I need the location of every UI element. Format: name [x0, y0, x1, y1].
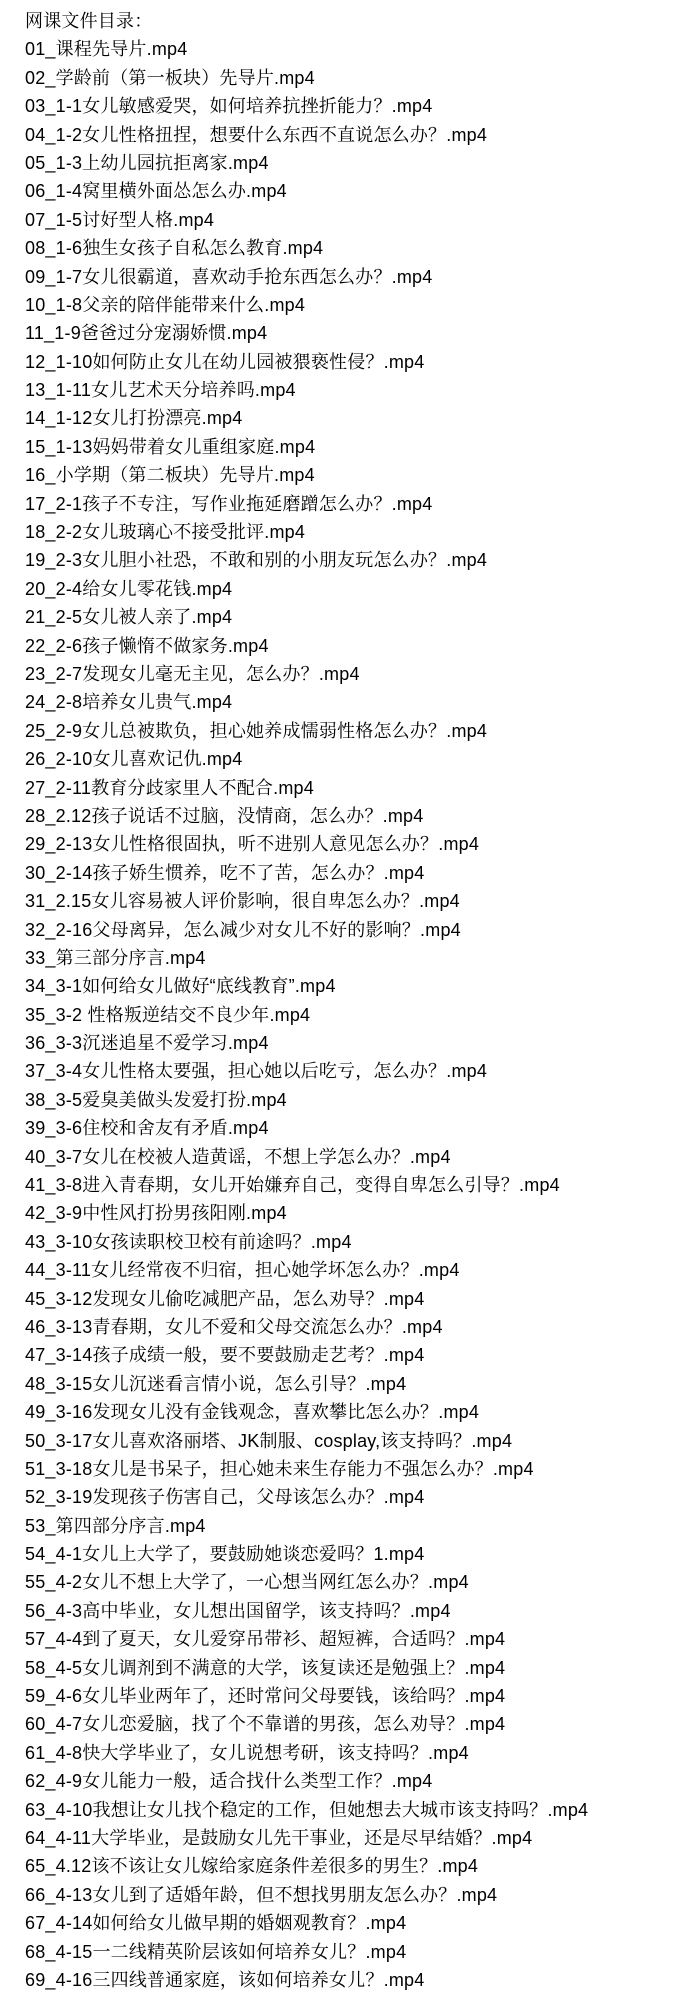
file-list-item: 23_2-7发现女儿毫无主见，怎么办？.mp4: [25, 660, 690, 688]
file-list-item: 20_2-4给女儿零花钱.mp4: [25, 575, 690, 603]
file-list-item: 25_2-9女儿总被欺负，担心她养成懦弱性格怎么办？.mp4: [25, 717, 690, 745]
file-list-item: 09_1-7女儿很霸道，喜欢动手抢东西怎么办？.mp4: [25, 263, 690, 291]
file-list-item: 50_3-17女儿喜欢洛丽塔、JK制服、cosplay,该支持吗？.mp4: [25, 1427, 690, 1455]
file-list-item: 36_3-3沉迷追星不爱学习.mp4: [25, 1029, 690, 1057]
file-list-item: 13_1-11女儿艺术天分培养吗.mp4: [25, 376, 690, 404]
file-list-item: 08_1-6独生女孩子自私怎么教育.mp4: [25, 234, 690, 262]
file-list-item: 04_1-2女儿性格扭捏，想要什么东西不直说怎么办？.mp4: [25, 121, 690, 149]
file-list-item: 55_4-2女儿不想上大学了，一心想当网红怎么办？.mp4: [25, 1568, 690, 1596]
file-list-item: 53_第四部分序言.mp4: [25, 1512, 690, 1540]
file-list-item: 65_4.12该不该让女儿嫁给家庭条件差很多的男生？.mp4: [25, 1852, 690, 1880]
file-list-item: 47_3-14孩子成绩一般，要不要鼓励走艺考？.mp4: [25, 1341, 690, 1369]
file-list-item: 33_第三部分序言.mp4: [25, 944, 690, 972]
file-list-item: 40_3-7女儿在校被人造黄谣，不想上学怎么办？.mp4: [25, 1143, 690, 1171]
file-list-item: 21_2-5女儿被人亲了.mp4: [25, 603, 690, 631]
file-list-item: 17_2-1孩子不专注，写作业拖延磨蹭怎么办？.mp4: [25, 490, 690, 518]
file-list-item: 66_4-13女儿到了适婚年龄，但不想找男朋友怎么办？.mp4: [25, 1881, 690, 1909]
file-list-item: 10_1-8父亲的陪伴能带来什么.mp4: [25, 291, 690, 319]
file-list-item: 59_4-6女儿毕业两年了，还时常问父母要钱，该给吗？.mp4: [25, 1682, 690, 1710]
file-list-item: 44_3-11女儿经常夜不归宿，担心她学坏怎么办？.mp4: [25, 1256, 690, 1284]
file-list-item: 63_4-10我想让女儿找个稳定的工作，但她想去大城市该支持吗？.mp4: [25, 1796, 690, 1824]
file-list-item: 11_1-9爸爸过分宠溺娇惯.mp4: [25, 319, 690, 347]
file-list-item: 31_2.15女儿容易被人评价影响，很自卑怎么办？.mp4: [25, 887, 690, 915]
course-file-directory: 网课文件目录： 01_课程先导片.mp402_学龄前（第一板块）先导片.mp40…: [0, 0, 700, 1994]
file-list-item: 05_1-3上幼儿园抗拒离家.mp4: [25, 149, 690, 177]
file-list-item: 16_小学期（第二板块）先导片.mp4: [25, 461, 690, 489]
file-list-item: 15_1-13妈妈带着女儿重组家庭.mp4: [25, 433, 690, 461]
file-list-item: 60_4-7女儿恋爱脑，找了个不靠谱的男孩，怎么劝导？.mp4: [25, 1710, 690, 1738]
file-list-item: 18_2-2女儿玻璃心不接受批评.mp4: [25, 518, 690, 546]
file-list-item: 67_4-14如何给女儿做早期的婚姻观教育？.mp4: [25, 1909, 690, 1937]
file-list-item: 27_2-11教育分歧家里人不配合.mp4: [25, 774, 690, 802]
file-list-item: 68_4-15一二线精英阶层该如何培养女儿？.mp4: [25, 1938, 690, 1966]
file-list-item: 48_3-15女儿沉迷看言情小说，怎么引导？.mp4: [25, 1370, 690, 1398]
file-list-item: 54_4-1女儿上大学了，要鼓励她谈恋爱吗？1.mp4: [25, 1540, 690, 1568]
file-list-item: 22_2-6孩子懒惰不做家务.mp4: [25, 632, 690, 660]
file-list-item: 62_4-9女儿能力一般，适合找什么类型工作？.mp4: [25, 1767, 690, 1795]
file-list-item: 38_3-5爱臭美做头发爱打扮.mp4: [25, 1086, 690, 1114]
file-list-item: 51_3-18女儿是书呆子，担心她未来生存能力不强怎么办？.mp4: [25, 1455, 690, 1483]
file-list-item: 49_3-16发现女儿没有金钱观念，喜欢攀比怎么办？.mp4: [25, 1398, 690, 1426]
file-list-item: 28_2.12孩子说话不过脑，没情商，怎么办？.mp4: [25, 802, 690, 830]
file-list-item: 41_3-8进入青春期，女儿开始嫌弃自己，变得自卑怎么引导？.mp4: [25, 1171, 690, 1199]
file-list-item: 34_3-1如何给女儿做好“底线教育”.mp4: [25, 972, 690, 1000]
file-list-item: 69_4-16三四线普通家庭，该如何培养女儿？.mp4: [25, 1966, 690, 1994]
file-list-item: 07_1-5讨好型人格.mp4: [25, 206, 690, 234]
file-list-item: 24_2-8培养女儿贵气.mp4: [25, 688, 690, 716]
file-list-item: 06_1-4窝里横外面怂怎么办.mp4: [25, 177, 690, 205]
file-list-item: 29_2-13女儿性格很固执，听不进别人意见怎么办？.mp4: [25, 830, 690, 858]
file-list-item: 32_2-16父母离异，怎么减少对女儿不好的影响？.mp4: [25, 916, 690, 944]
file-list-item: 46_3-13青春期，女儿不爱和父母交流怎么办？.mp4: [25, 1313, 690, 1341]
file-list-item: 61_4-8快大学毕业了，女儿说想考研，该支持吗？.mp4: [25, 1739, 690, 1767]
file-list-item: 01_课程先导片.mp4: [25, 35, 690, 63]
file-list-item: 30_2-14孩子娇生惯养，吃不了苦，怎么办？.mp4: [25, 859, 690, 887]
file-list-item: 45_3-12发现女儿偷吃减肥产品，怎么劝导？.mp4: [25, 1285, 690, 1313]
file-list-item: 43_3-10女孩读职校卫校有前途吗？.mp4: [25, 1228, 690, 1256]
page-title: 网课文件目录：: [25, 7, 690, 35]
file-list-item: 35_3-2 性格叛逆结交不良少年.mp4: [25, 1001, 690, 1029]
file-list: 01_课程先导片.mp402_学龄前（第一板块）先导片.mp403_1-1女儿敏…: [25, 35, 690, 1994]
file-list-item: 14_1-12女儿打扮漂亮.mp4: [25, 404, 690, 432]
file-list-item: 39_3-6住校和舍友有矛盾.mp4: [25, 1114, 690, 1142]
file-list-item: 56_4-3高中毕业，女儿想出国留学，该支持吗？.mp4: [25, 1597, 690, 1625]
file-list-item: 42_3-9中性风打扮男孩阳刚.mp4: [25, 1199, 690, 1227]
file-list-item: 52_3-19发现孩子伤害自己，父母该怎么办？.mp4: [25, 1483, 690, 1511]
file-list-item: 19_2-3女儿胆小社恐，不敢和别的小朋友玩怎么办？.mp4: [25, 546, 690, 574]
file-list-item: 02_学龄前（第一板块）先导片.mp4: [25, 64, 690, 92]
file-list-item: 37_3-4女儿性格太要强，担心她以后吃亏，怎么办？.mp4: [25, 1057, 690, 1085]
file-list-item: 03_1-1女儿敏感爱哭，如何培养抗挫折能力？.mp4: [25, 92, 690, 120]
file-list-item: 12_1-10如何防止女儿在幼儿园被猥亵性侵？.mp4: [25, 348, 690, 376]
file-list-item: 58_4-5女儿调剂到不满意的大学，该复读还是勉强上？.mp4: [25, 1654, 690, 1682]
file-list-item: 64_4-11大学毕业，是鼓励女儿先干事业，还是尽早结婚？.mp4: [25, 1824, 690, 1852]
file-list-item: 26_2-10女儿喜欢记仇.mp4: [25, 745, 690, 773]
file-list-item: 57_4-4到了夏天，女儿爱穿吊带衫、超短裤，合适吗？.mp4: [25, 1625, 690, 1653]
